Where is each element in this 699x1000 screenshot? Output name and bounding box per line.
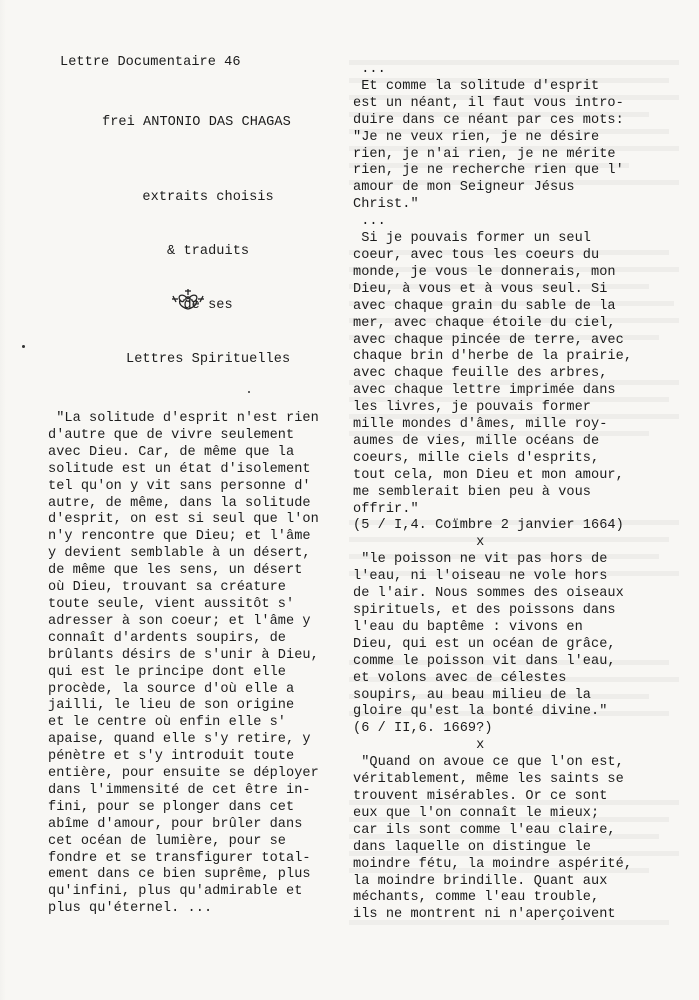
text-line: entière, pour ensuite se déployer — [48, 766, 319, 783]
text-line: procède, la source d'où elle a — [48, 682, 319, 699]
text-line: soupirs, au beau milieu de la — [353, 688, 632, 705]
text-line: (6 / II,6. 1669?) — [353, 721, 632, 738]
text-line: qu'infini, plus qu'admirable et — [48, 884, 319, 901]
text-line: véritablement, même les saints se — [353, 772, 632, 789]
subtitle-line: extraits choisis — [126, 189, 290, 207]
text-line: abîme d'amour, pour brûler dans — [48, 817, 319, 834]
text-line: aumes de vies, mille océans de — [353, 434, 632, 451]
text-line: l'eau du baptême : vivons en — [353, 620, 632, 637]
document-title: Lettre Documentaire 46 — [60, 55, 241, 72]
text-line: avec chaque pincée de terre, avec — [353, 333, 632, 350]
text-line: car ils sont comme l'eau claire, — [353, 823, 632, 840]
text-line: cet océan de lumière, pour se — [48, 834, 319, 851]
text-line: duire dans ce néant par ces mots: — [353, 113, 632, 130]
text-line: Et comme la solitude d'esprit — [353, 79, 632, 96]
text-line: ... — [353, 214, 632, 231]
speck-mark — [248, 391, 250, 393]
text-line: d'autre que de vivre seulement — [48, 428, 319, 445]
text-line: tout cela, mon Dieu et mon amour, — [353, 468, 632, 485]
text-line: coeurs, mille ciels d'esprits, — [353, 451, 632, 468]
left-column-text: "La solitude d'esprit n'est riend'autre … — [48, 411, 319, 918]
text-line: plus qu'éternel. ... — [48, 901, 319, 918]
text-line: Christ." — [353, 197, 632, 214]
text-line: eux que l'on connaît le mieux; — [353, 806, 632, 823]
text-line: et volons avec de célestes — [353, 671, 632, 688]
text-line: amour de mon Seigneur Jésus — [353, 180, 632, 197]
text-line: adresser à son coeur; et l'âme y — [48, 614, 319, 631]
text-line: l'eau, ni l'oiseau ne vole hors — [353, 569, 632, 586]
text-line: Si je pouvais former un seul — [353, 231, 632, 248]
text-line: avec chaque lettre imprimée dans — [353, 383, 632, 400]
text-line: "Je ne veux rien, je ne désire — [353, 130, 632, 147]
text-line: la moindre brindille. Quant aux — [353, 874, 632, 891]
subtitle-line: Lettres Spirituelles — [126, 351, 290, 369]
text-line: brûlants désirs de s'unir à Dieu, — [48, 648, 319, 665]
text-line: fini, pour se plonger dans cet — [48, 800, 319, 817]
text-line: ... — [353, 62, 632, 79]
text-line: toute seule, vient aussitôt s' — [48, 597, 319, 614]
subtitle-line: de ses — [126, 297, 290, 315]
document-subtitle: extraits choisis & traduits de ses Lettr… — [126, 153, 290, 405]
text-line: "La solitude d'esprit n'est rien — [48, 411, 319, 428]
text-line: avec Dieu. Car, de même que la — [48, 445, 319, 462]
text-line: me semblerait bien peu à vous — [353, 485, 632, 502]
text-line: mille mondes d'âmes, mille roy- — [353, 417, 632, 434]
text-line: fondre et se transfigurer total- — [48, 851, 319, 868]
text-line: rien, je ne recherche rien que l' — [353, 163, 632, 180]
text-line: avec chaque feuille des arbres, — [353, 366, 632, 383]
text-line: (5 / I,4. Coïmbre 2 janvier 1664) — [353, 518, 632, 535]
right-column-text: ... Et comme la solitude d'espritest un … — [353, 62, 632, 924]
author-name: frei ANTONIO DAS CHAGAS — [102, 115, 291, 132]
text-line: jailli, le lieu de son origine — [48, 698, 319, 715]
text-line: dans laquelle on distingue le — [353, 840, 632, 857]
text-line: offrir." — [353, 502, 632, 519]
text-line: Dieu, à vous et à vous seul. Si — [353, 282, 632, 299]
text-line: monde, je vous le donnerais, mon — [353, 265, 632, 282]
subtitle-line: & traduits — [126, 243, 290, 261]
fleuron-ornament-icon — [168, 286, 208, 312]
text-line: "le poisson ne vit pas hors de — [353, 552, 632, 569]
text-line: comme le poisson vit dans l'eau, — [353, 654, 632, 671]
text-line: moindre fétu, la moindre aspérité, — [353, 857, 632, 874]
text-line: trouvent misérables. Or ce sont — [353, 789, 632, 806]
text-line: x — [353, 738, 632, 755]
text-line: gloire qu'est la bonté divine." — [353, 704, 632, 721]
text-line: ils ne montrent ni n'aperçoivent — [353, 907, 632, 924]
text-line: pénètre et s'y introduit toute — [48, 749, 319, 766]
text-line: autre, de même, dans la solitude — [48, 496, 319, 513]
text-line: de l'air. Nous sommes des oiseaux — [353, 586, 632, 603]
text-line: mer, avec chaque étoile du ciel, — [353, 316, 632, 333]
text-line: spirituels, et des poissons dans — [353, 603, 632, 620]
text-line: dans l'immensité de cet être in- — [48, 783, 319, 800]
text-line: où Dieu, trouvant sa créature — [48, 580, 319, 597]
text-line: est un néant, il faut vous intro- — [353, 96, 632, 113]
text-line: n'y rencontre que Dieu; et l'âme — [48, 529, 319, 546]
text-line: chaque brin d'herbe de la prairie, — [353, 349, 632, 366]
text-line: Dieu, qui est un océan de grâce, — [353, 637, 632, 654]
text-line: rien, je n'ai rien, je ne mérite — [353, 147, 632, 164]
text-line: y devient semblable à un désert, — [48, 546, 319, 563]
text-line: connaît d'ardents soupirs, de — [48, 631, 319, 648]
punch-mark — [22, 345, 25, 348]
text-line: de même que les sens, un désert — [48, 563, 319, 580]
text-line: méchants, comme l'eau trouble, — [353, 890, 632, 907]
text-line: les livres, je pouvais former — [353, 400, 632, 417]
text-line: apaise, quand elle s'y retire, y — [48, 732, 319, 749]
text-line: et le centre où enfin elle s' — [48, 715, 319, 732]
text-line: avec chaque grain du sable de la — [353, 299, 632, 316]
document-page: Lettre Documentaire 46 frei ANTONIO DAS … — [0, 0, 699, 1000]
text-line: ement dans ce bien suprême, plus — [48, 867, 319, 884]
text-line: d'esprit, on est si seul que l'on — [48, 512, 319, 529]
text-line: qui est le principe dont elle — [48, 665, 319, 682]
text-line: x — [353, 535, 632, 552]
text-line: tel qu'on y vit sans personne d' — [48, 479, 319, 496]
text-line: "Quand on avoue ce que l'on est, — [353, 755, 632, 772]
text-line: solitude est un état d'isolement — [48, 462, 319, 479]
text-line: coeur, avec tous les coeurs du — [353, 248, 632, 265]
